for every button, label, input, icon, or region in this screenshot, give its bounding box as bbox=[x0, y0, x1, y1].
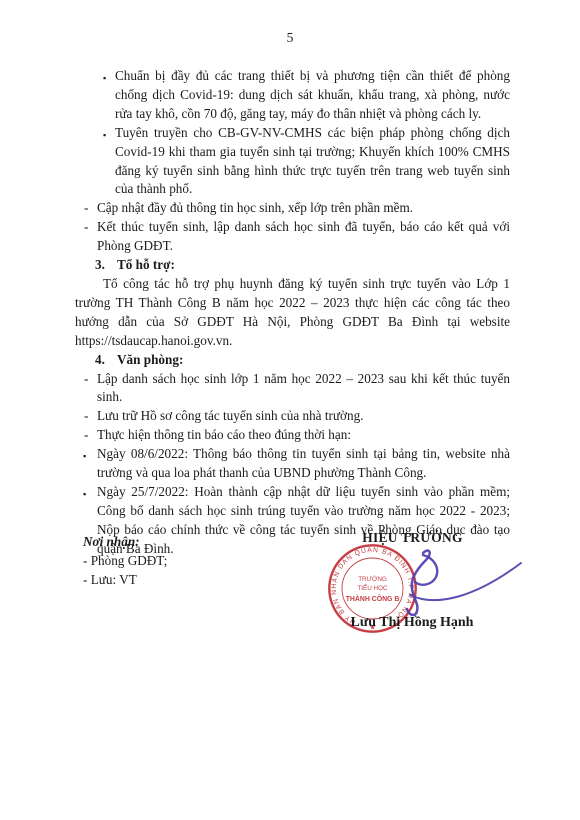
section-title: Văn phòng: bbox=[117, 352, 183, 367]
list-item-text: Cập nhật đầy đủ thông tin học sinh, xếp … bbox=[97, 200, 413, 215]
section-number: 3. bbox=[95, 256, 117, 275]
dash-bullet-icon: - bbox=[84, 370, 88, 389]
signer-name: Lưu Thị Hồng Hạnh bbox=[337, 615, 487, 631]
handwritten-signature-icon bbox=[392, 546, 532, 621]
square-bullet-icon: ▪ bbox=[103, 126, 106, 145]
list-item: -Cập nhật đầy đủ thông tin học sinh, xếp… bbox=[75, 199, 510, 218]
section-number: 4. bbox=[95, 351, 117, 370]
list-item: ▪Ngày 08/6/2022: Thông báo thông tin tuy… bbox=[75, 445, 510, 483]
list-item-text: Thực hiện thông tin báo cáo theo đúng th… bbox=[97, 427, 351, 442]
section-title: Tổ hỗ trợ: bbox=[117, 257, 175, 272]
list-item-text: Lập danh sách học sinh lớp 1 năm học 202… bbox=[97, 371, 510, 405]
square-bullet-icon: ▪ bbox=[83, 447, 86, 466]
list-item-text: Chuẩn bị đầy đủ các trang thiết bị và ph… bbox=[115, 68, 510, 121]
list-item: -Lập danh sách học sinh lớp 1 năm học 20… bbox=[75, 370, 510, 408]
section-heading-3: 3.Tổ hỗ trợ: bbox=[75, 256, 510, 275]
square-bullet-icon: ▪ bbox=[103, 69, 106, 88]
recipient-line: - Phòng GDĐT; bbox=[83, 552, 167, 571]
list-item: -Lưu trữ Hồ sơ công tác tuyển sinh của n… bbox=[75, 407, 510, 426]
list-item: ▪Tuyên truyền cho CB-GV-NV-CMHS các biện… bbox=[75, 124, 510, 200]
dash-bullet-icon: - bbox=[84, 426, 88, 445]
list-item: ▪Chuẩn bị đầy đủ các trang thiết bị và p… bbox=[75, 67, 510, 124]
document-page: 5 ▪Chuẩn bị đầy đủ các trang thiết bị và… bbox=[0, 0, 580, 820]
list-item-text: Lưu trữ Hồ sơ công tác tuyển sinh của nh… bbox=[97, 408, 363, 423]
recipients-block: Nơi nhận: - Phòng GDĐT; - Lưu: VT bbox=[83, 533, 167, 590]
dash-bullet-icon: - bbox=[84, 218, 88, 237]
list-item: -Thực hiện thông tin báo cáo theo đúng t… bbox=[75, 426, 510, 445]
dash-bullet-icon: - bbox=[84, 407, 88, 426]
list-item-text: Tuyên truyền cho CB-GV-NV-CMHS các biện … bbox=[115, 125, 510, 197]
document-body: ▪Chuẩn bị đầy đủ các trang thiết bị và p… bbox=[75, 67, 510, 559]
stamp-center-line: TIỂU HỌC bbox=[357, 583, 388, 592]
dash-bullet-icon: - bbox=[84, 199, 88, 218]
recipients-label: Nơi nhận: bbox=[83, 533, 167, 552]
recipient-line: - Lưu: VT bbox=[83, 571, 167, 590]
stamp-center-line: TRƯỜNG bbox=[358, 574, 387, 583]
list-item: -Kết thúc tuyển sinh, lập danh sách học … bbox=[75, 218, 510, 256]
section-heading-4: 4.Văn phòng: bbox=[75, 351, 510, 370]
section-3-paragraph: Tổ công tác hỗ trợ phụ huynh đăng ký tuy… bbox=[75, 275, 510, 351]
list-item-text: Kết thúc tuyển sinh, lập danh sách học s… bbox=[97, 219, 510, 253]
square-bullet-icon: ▪ bbox=[83, 485, 86, 504]
list-item-text: Ngày 08/6/2022: Thông báo thông tin tuyể… bbox=[97, 446, 510, 480]
page-number: 5 bbox=[0, 0, 580, 47]
